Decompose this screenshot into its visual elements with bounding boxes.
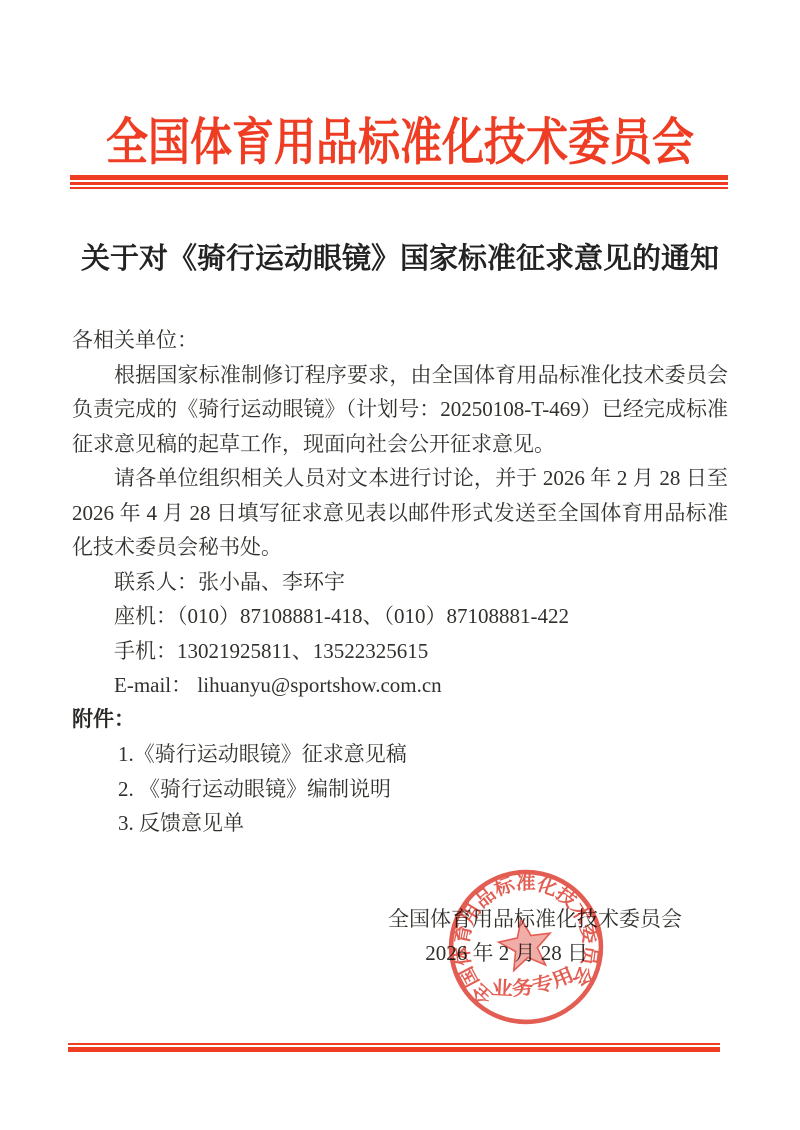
- signature-org: 全国体育用品标准化技术委员会: [388, 903, 682, 933]
- seal-bottom-text: 业务专用: [487, 963, 579, 1006]
- attachment-item-3: 3. 反馈意见单: [72, 806, 728, 841]
- attachment-item-1: 1.《骑行运动眼镜》征求意见稿: [72, 737, 728, 772]
- paragraph-background: 根据国家标准制修订程序要求，由全国体育用品标准化技术委员会负责完成的《骑行运动眼…: [72, 358, 728, 462]
- footer-rule: [68, 1043, 720, 1052]
- document-page: 全国体育用品标准化技术委员会 关于对《骑行运动眼镜》国家标准征求意见的通知 各相…: [0, 0, 800, 1130]
- notice-title: 关于对《骑行运动眼镜》国家标准征求意见的通知: [0, 236, 800, 277]
- org-header-title: 全国体育用品标准化技术委员会: [0, 103, 800, 175]
- svg-text:业务专用: 业务专用: [487, 963, 579, 1006]
- contact-person-line: 联系人：张小晶、李环宇: [72, 565, 728, 600]
- mobile-line: 手机：13021925811、13522325615: [72, 634, 728, 669]
- salutation: 各相关单位：: [72, 323, 728, 358]
- attachment-item-2: 2. 《骑行运动眼镜》编制说明: [72, 772, 728, 807]
- notice-body: 各相关单位： 根据国家标准制修订程序要求，由全国体育用品标准化技术委员会负责完成…: [72, 323, 728, 841]
- paragraph-instructions: 请各单位组织相关人员对文本进行讨论，并于 2026 年 2 月 28 日至 20…: [72, 461, 728, 565]
- signature-date: 2026 年 2 月 28 日: [425, 937, 588, 967]
- attachments-label: 附件：: [72, 703, 728, 738]
- header-double-rule: [70, 175, 728, 189]
- email-line: E-mail： lihuanyu@sportshow.com.cn: [72, 668, 728, 703]
- footer-rule-thick: [68, 1047, 720, 1052]
- header-rule-thin: [70, 187, 728, 189]
- landline-line: 座机：（010）87108881-418、（010）87108881-422: [72, 599, 728, 634]
